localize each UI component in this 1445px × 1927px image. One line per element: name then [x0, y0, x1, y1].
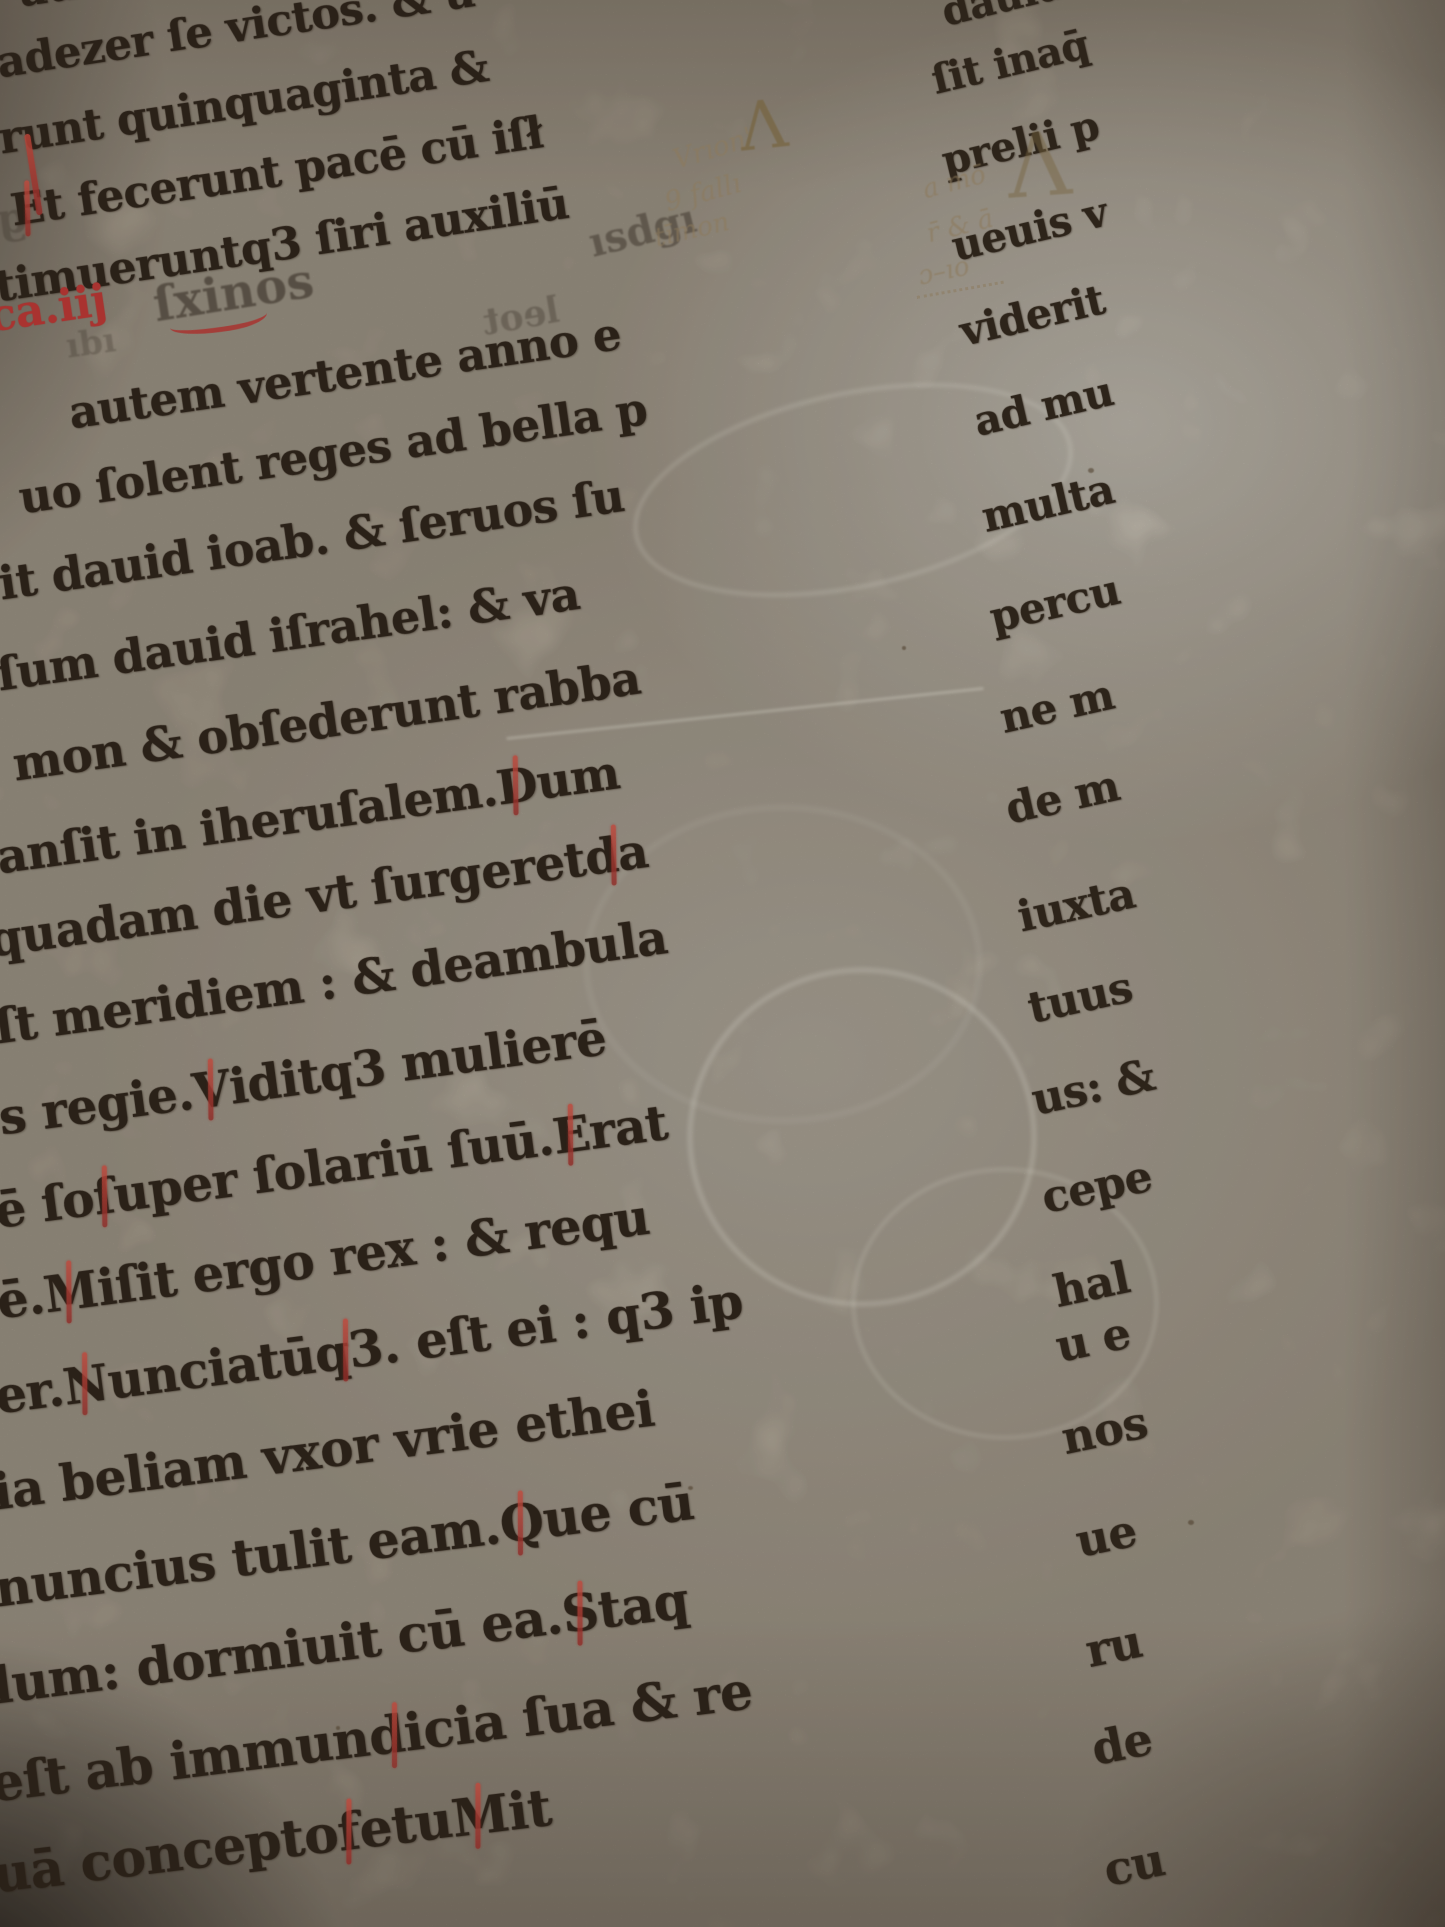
caret-mark: Λ	[736, 91, 790, 162]
marginal-note-line: r̄ & ā	[924, 206, 996, 248]
marginal-note-line: a mō	[920, 161, 989, 203]
incunable-page-photo: gnabat ioab contısdgıſxinosıbıleot autem…	[0, 0, 1445, 1927]
caret-mark: Λ	[1004, 120, 1074, 212]
marginal-note-line: 9 fallı	[662, 170, 744, 216]
handwritten-marginalia: Vrıon'9 fallıtīmona mōr̄ & āɔ–ıoΛΛ	[0, 0, 1445, 1927]
marginal-note-line: tīmon	[652, 209, 732, 251]
